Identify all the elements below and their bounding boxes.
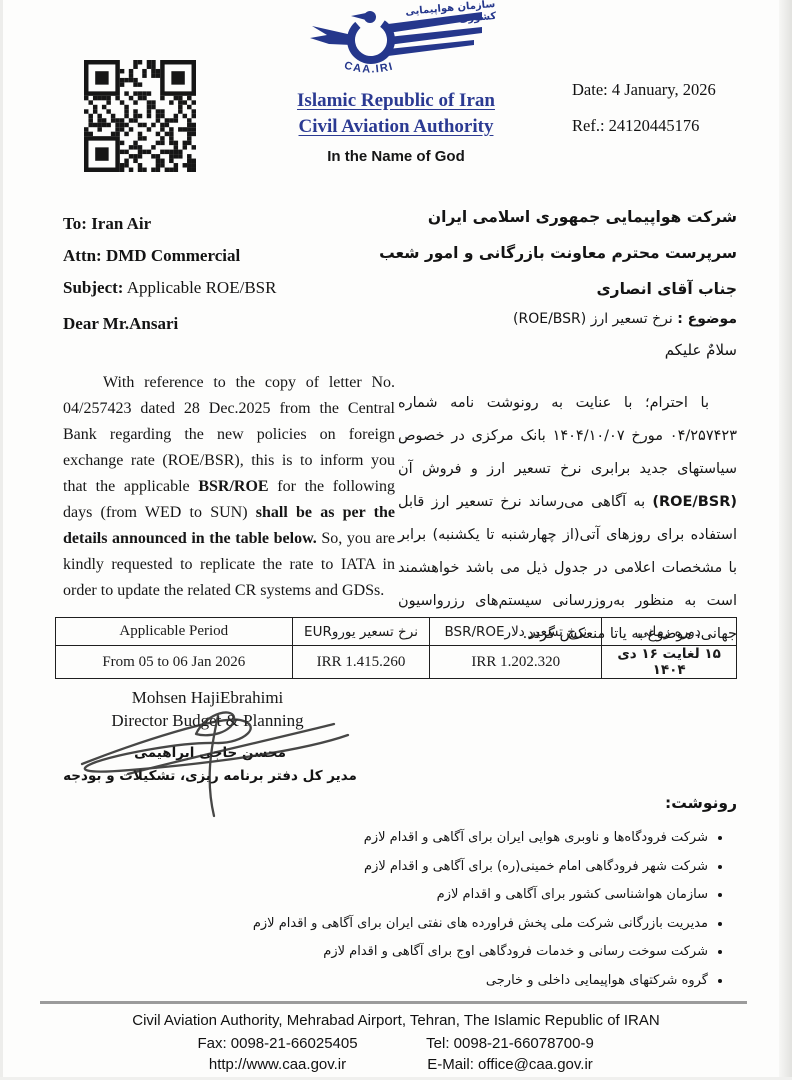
cc-item: شرکت سوخت رسانی و خدمات فرودگاهی اوج برا…	[188, 938, 708, 967]
cc-item: شرکت فرودگاه‌ها و ناوبری هوایی ایران برا…	[188, 824, 708, 853]
cc-heading: رونوشت:	[665, 794, 737, 812]
rate-table-data-row: From 05 to 06 Jan 2026 IRR 1.415.260 IRR…	[56, 646, 737, 679]
subject-fa-value: نرخ تسعیر ارز (ROE/BSR)	[513, 311, 677, 327]
recipient-to: To: Iran Air	[63, 214, 151, 234]
col-period-fa: دوره زمانی	[602, 618, 737, 646]
scan-edge-right	[779, 0, 792, 1080]
footer-address: Civil Aviation Authority, Mehrabad Airpo…	[46, 1012, 746, 1029]
salutation-en: Dear Mr.Ansari	[63, 314, 178, 334]
recipient-attn: Attn: DMD Commercial	[63, 246, 240, 266]
caa-logo: CAA.IRI سازمان هواپیمایی کشوری	[296, 4, 496, 86]
recipient-fa-line3: جناب آقای انصاری	[377, 280, 737, 298]
subject-value: Applicable ROE/BSR	[123, 278, 276, 297]
org-title: Islamic Republic of Iran Civil Aviation …	[246, 88, 546, 140]
recipient-fa-line1: شرکت هواپیمایی جمهوری اسلامی ایران	[377, 208, 737, 226]
col-eur-rate: نرخ تسعیر یوروEUR	[292, 618, 430, 646]
body-fa-part: با احترام؛ با عنایت به رونوشت نامه شماره…	[398, 395, 737, 477]
recipient-fa-line2: سرپرست محترم معاونت بازرگانی و امور شعب	[377, 244, 737, 262]
in-the-name-of-god: In the Name of God	[246, 148, 546, 165]
letter-page: CAA.IRI سازمان هواپیمایی کشوری Islamic R…	[0, 0, 792, 1080]
qr-code-icon	[84, 60, 196, 172]
signer-block-fa: محسن حاجی ابراهیمی مدیر کل دفتر برنامه ر…	[55, 742, 365, 788]
rate-table-header-row: Applicable Period نرخ تسعیر یوروEUR نرخ …	[56, 618, 737, 646]
body-fa-bold: (ROE/BSR)	[652, 494, 737, 510]
subject-fa-label: موضوع :	[677, 311, 737, 327]
ref-line: Ref.: 24120445176	[572, 108, 716, 144]
signer-title-en: Director Budget & Planning	[70, 709, 345, 732]
recipient-subject: Subject: Applicable ROE/BSR	[63, 278, 276, 298]
body-en-bold: BSR/ROE	[198, 478, 268, 495]
subject-fa: موضوع : نرخ تسعیر ارز (ROE/BSR)	[377, 311, 737, 327]
cell-usd-value: IRR 1.202.320	[430, 646, 602, 679]
date-line: Date: 4 January, 2026	[572, 72, 716, 108]
cc-item: سازمان هواشناسی کشور برای آگاهی و اقدام …	[188, 881, 708, 910]
col-usd-rate: نرخ تسعیر دلارBSR/ROE	[430, 618, 602, 646]
signer-name-en: Mohsen HajiEbrahimi	[70, 686, 345, 709]
footer-tel: Tel: 0098-21-66078700-9	[360, 1035, 660, 1052]
body-paragraph-fa: با احترام؛ با عنایت به رونوشت نامه شماره…	[398, 387, 737, 651]
signer-name-fa: محسن حاجی ابراهیمی	[55, 742, 365, 765]
subject-label: Subject:	[63, 278, 123, 297]
cc-item: شرکت شهر فرودگاهی امام خمینی(ره) برای آگ…	[188, 853, 708, 882]
signer-title-fa: مدیر کل دفتر برنامه ریزی، تشکیلات و بودج…	[55, 765, 365, 788]
body-en-part: With reference to the copy of letter No.…	[63, 374, 395, 495]
col-applicable-period: Applicable Period	[56, 618, 293, 646]
cc-list: شرکت فرودگاه‌ها و ناوبری هوایی ایران برا…	[188, 824, 732, 995]
org-line-2: Civil Aviation Authority	[299, 114, 494, 140]
scan-edge-left	[0, 0, 3, 1080]
signer-block-en: Mohsen HajiEbrahimi Director Budget & Pl…	[70, 686, 345, 732]
org-line-1: Islamic Republic of Iran	[297, 88, 495, 114]
rate-table: Applicable Period نرخ تسعیر یوروEUR نرخ …	[55, 617, 737, 679]
footer-divider	[40, 1001, 747, 1004]
body-paragraph-en: With reference to the copy of letter No.…	[63, 370, 395, 604]
cell-period: From 05 to 06 Jan 2026	[56, 646, 293, 679]
cell-eur-value: IRR 1.415.260	[292, 646, 430, 679]
cc-item: مدیریت بازرگانی شرکت ملی پخش فراورده های…	[188, 910, 708, 939]
footer-email: E-Mail: office@caa.gov.ir	[360, 1056, 660, 1073]
cell-period-fa: ۱۵ لغایت ۱۶ دی ۱۴۰۴	[602, 646, 737, 679]
date-ref-block: Date: 4 January, 2026 Ref.: 24120445176	[572, 72, 716, 144]
cc-item: گروه شرکتهای هواپیمایی داخلی و خارجی	[188, 967, 708, 996]
salutation-fa: سلامٌ علیکم	[377, 341, 737, 359]
